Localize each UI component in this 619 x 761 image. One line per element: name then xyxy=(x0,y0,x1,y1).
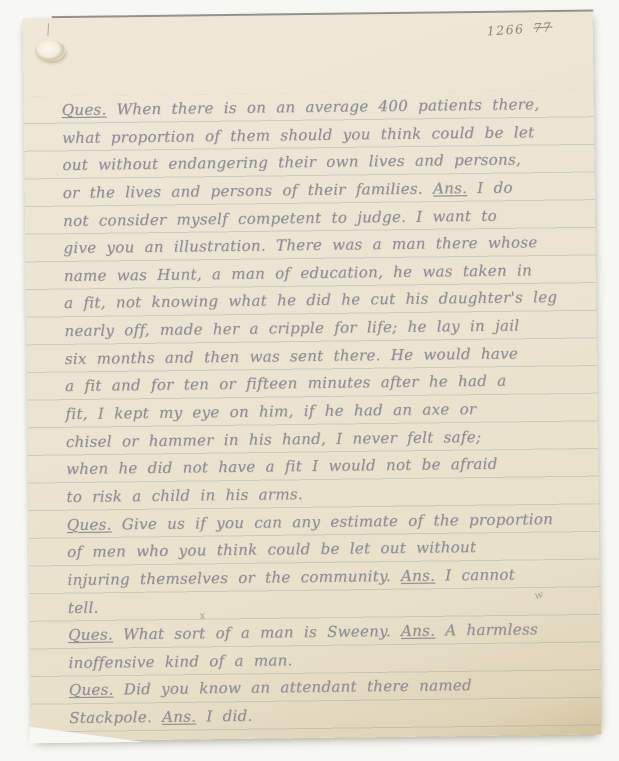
stray-pencil-mark: w xyxy=(534,590,544,602)
paper-damage-hole xyxy=(35,40,65,61)
insertion-pencil-mark: x xyxy=(200,611,205,621)
page-number-value: 1266 xyxy=(487,21,526,38)
scanned-document-background: 126677 Ques. When there is on an average… xyxy=(0,0,619,761)
manuscript-page: 126677 Ques. When there is on an average… xyxy=(23,12,602,742)
handwritten-line-23: Stackpole. Ans. I did. xyxy=(69,698,601,732)
ruled-writing-area: Ques. When there is on an average 400 pa… xyxy=(24,90,602,738)
paper-scratch-mark xyxy=(47,23,49,36)
page-number-secondary: 77 xyxy=(533,19,553,35)
page-number: 126677 xyxy=(487,19,554,38)
